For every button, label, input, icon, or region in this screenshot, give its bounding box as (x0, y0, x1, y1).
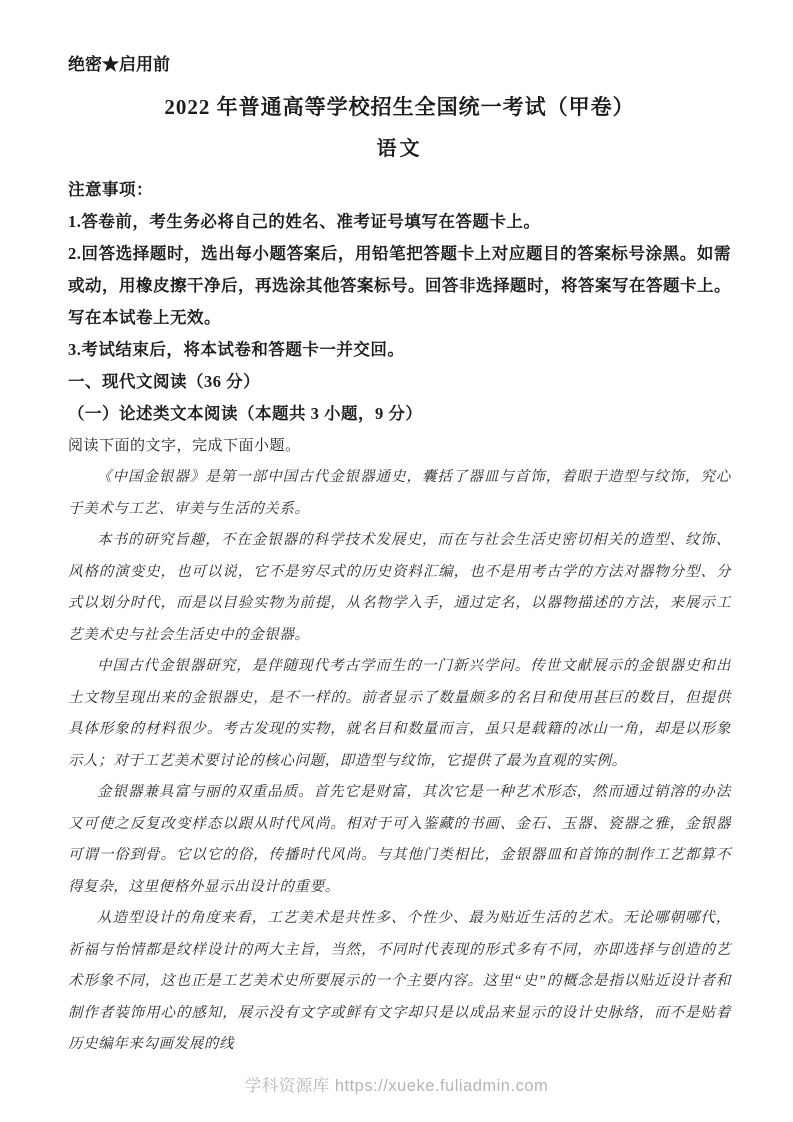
notice-item-2: 2.回答选择题时，选出每小题答案后，用铅笔把答题卡上对应题目的答案标号涂黑。如需… (68, 238, 731, 334)
notice-heading: 注意事项： (68, 174, 731, 206)
passage-paragraph-5: 从造型设计的角度来看，工艺美术是共性多、个性少、最为贴近生活的艺术。无论哪朝哪代… (68, 903, 731, 1061)
passage-paragraph-1: 《中国金银器》是第一部中国古代金银器通史，囊括了器皿与首饰，着眼于造型与纹饰，究… (68, 462, 731, 525)
notice-item-1: 1.答卷前，考生务必将自己的姓名、准考证号填写在答题卡上。 (68, 206, 731, 238)
exam-paper-page: 绝密★启用前 2022 年普通高等学校招生全国统一考试（甲卷） 语文 注意事项：… (0, 0, 793, 1122)
notice-item-3: 3.考试结束后，将本试卷和答题卡一并交回。 (68, 334, 731, 366)
exam-subject-title: 语文 (68, 134, 731, 164)
classification-label: 绝密★启用前 (68, 54, 731, 76)
exam-title: 2022 年普通高等学校招生全国统一考试（甲卷） (68, 92, 731, 122)
passage-paragraph-3: 中国古代金银器研究，是伴随现代考古学而生的一门新兴学问。传世文献展示的金银器史和… (68, 651, 731, 777)
subsection-heading-argumentative-reading: （一）论述类文本阅读（本题共 3 小题，9 分） (68, 398, 731, 430)
notice-section: 注意事项： 1.答卷前，考生务必将自己的姓名、准考证号填写在答题卡上。 2.回答… (68, 174, 731, 366)
reading-passage: 《中国金银器》是第一部中国古代金银器通史，囊括了器皿与首饰，着眼于造型与纹饰，究… (68, 462, 731, 1061)
reading-instruction: 阅读下面的文字，完成下面小题。 (68, 430, 731, 462)
passage-paragraph-4: 金银器兼具富与丽的双重品质。首先它是财富，其次它是一种艺术形态，然而通过销溶的办… (68, 777, 731, 903)
passage-paragraph-2: 本书的研究旨趣，不在金银器的科学技术发展史，而在与社会生活史密切相关的造型、纹饰… (68, 525, 731, 651)
watermark-footer: 学科资源库 https://xueke.fuliadmin.com (0, 1072, 793, 1096)
section-heading-modern-reading: 一、现代文阅读（36 分） (68, 366, 731, 398)
